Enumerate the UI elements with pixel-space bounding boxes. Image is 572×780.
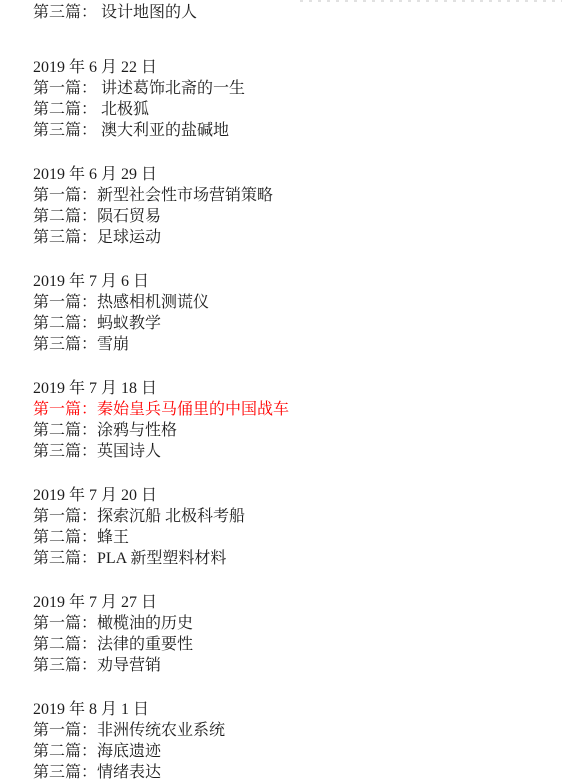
article-line: 第三篇：劝导营销 [33,655,562,676]
date-heading: 2019 年 7 月 27 日 [33,592,562,613]
date-section: 2019 年 7 月 20 日 第一篇：探索沉船 北极科考船 第二篇：蜂王 第三… [33,485,562,569]
article-line: 第一篇：探索沉船 北极科考船 [33,506,562,527]
article-line: 第三篇：PLA 新型塑料材料 [33,548,562,569]
article-line: 第三篇： 澳大利亚的盐碱地 [33,120,562,141]
article-line: 第二篇：海底遗迹 [33,741,562,762]
article-line: 第一篇： 讲述葛饰北斋的一生 [33,78,562,99]
article-line: 第一篇：新型社会性市场营销策略 [33,185,562,206]
article-line: 第二篇：蜂王 [33,527,562,548]
article-line: 第三篇：情绪表达 [33,762,562,780]
partial-top-article-line: 第三篇： 设计地图的人 [33,2,562,23]
article-line: 第一篇：橄榄油的历史 [33,613,562,634]
date-section: 2019 年 7 月 27 日 第一篇：橄榄油的历史 第二篇：法律的重要性 第三… [33,592,562,676]
date-heading: 2019 年 6 月 22 日 [33,57,562,78]
document-page: 第三篇： 设计地图的人 2019 年 6 月 22 日 第一篇： 讲述葛饰北斋的… [0,0,572,780]
date-section: 2019 年 7 月 18 日 第一篇：秦始皇兵马俑里的中国战车 第二篇：涂鸦与… [33,378,562,462]
date-section: 2019 年 7 月 6 日 第一篇：热感相机测谎仪 第二篇：蚂蚁教学 第三篇：… [33,271,562,355]
article-line-highlighted: 第一篇：秦始皇兵马俑里的中国战车 [33,399,562,420]
article-line: 第三篇：雪崩 [33,334,562,355]
article-line: 第二篇：陨石贸易 [33,206,562,227]
date-section: 2019 年 8 月 1 日 第一篇：非洲传统农业系统 第二篇：海底遗迹 第三篇… [33,699,562,780]
date-section: 2019 年 6 月 22 日 第一篇： 讲述葛饰北斋的一生 第二篇： 北极狐 … [33,57,562,141]
article-line: 第二篇：法律的重要性 [33,634,562,655]
date-section: 2019 年 6 月 29 日 第一篇：新型社会性市场营销策略 第二篇：陨石贸易… [33,164,562,248]
article-line: 第一篇：热感相机测谎仪 [33,292,562,313]
article-line: 第三篇：英国诗人 [33,441,562,462]
document-body: 第三篇： 设计地图的人 2019 年 6 月 22 日 第一篇： 讲述葛饰北斋的… [33,2,562,780]
date-heading: 2019 年 7 月 20 日 [33,485,562,506]
article-line: 第二篇：涂鸦与性格 [33,420,562,441]
article-line: 第二篇： 北极狐 [33,99,562,120]
article-line: 第二篇：蚂蚁教学 [33,313,562,334]
date-heading: 2019 年 8 月 1 日 [33,699,562,720]
date-heading: 2019 年 7 月 18 日 [33,378,562,399]
date-heading: 2019 年 6 月 29 日 [33,164,562,185]
article-line: 第三篇：足球运动 [33,227,562,248]
article-line: 第一篇：非洲传统农业系统 [33,720,562,741]
date-heading: 2019 年 7 月 6 日 [33,271,562,292]
